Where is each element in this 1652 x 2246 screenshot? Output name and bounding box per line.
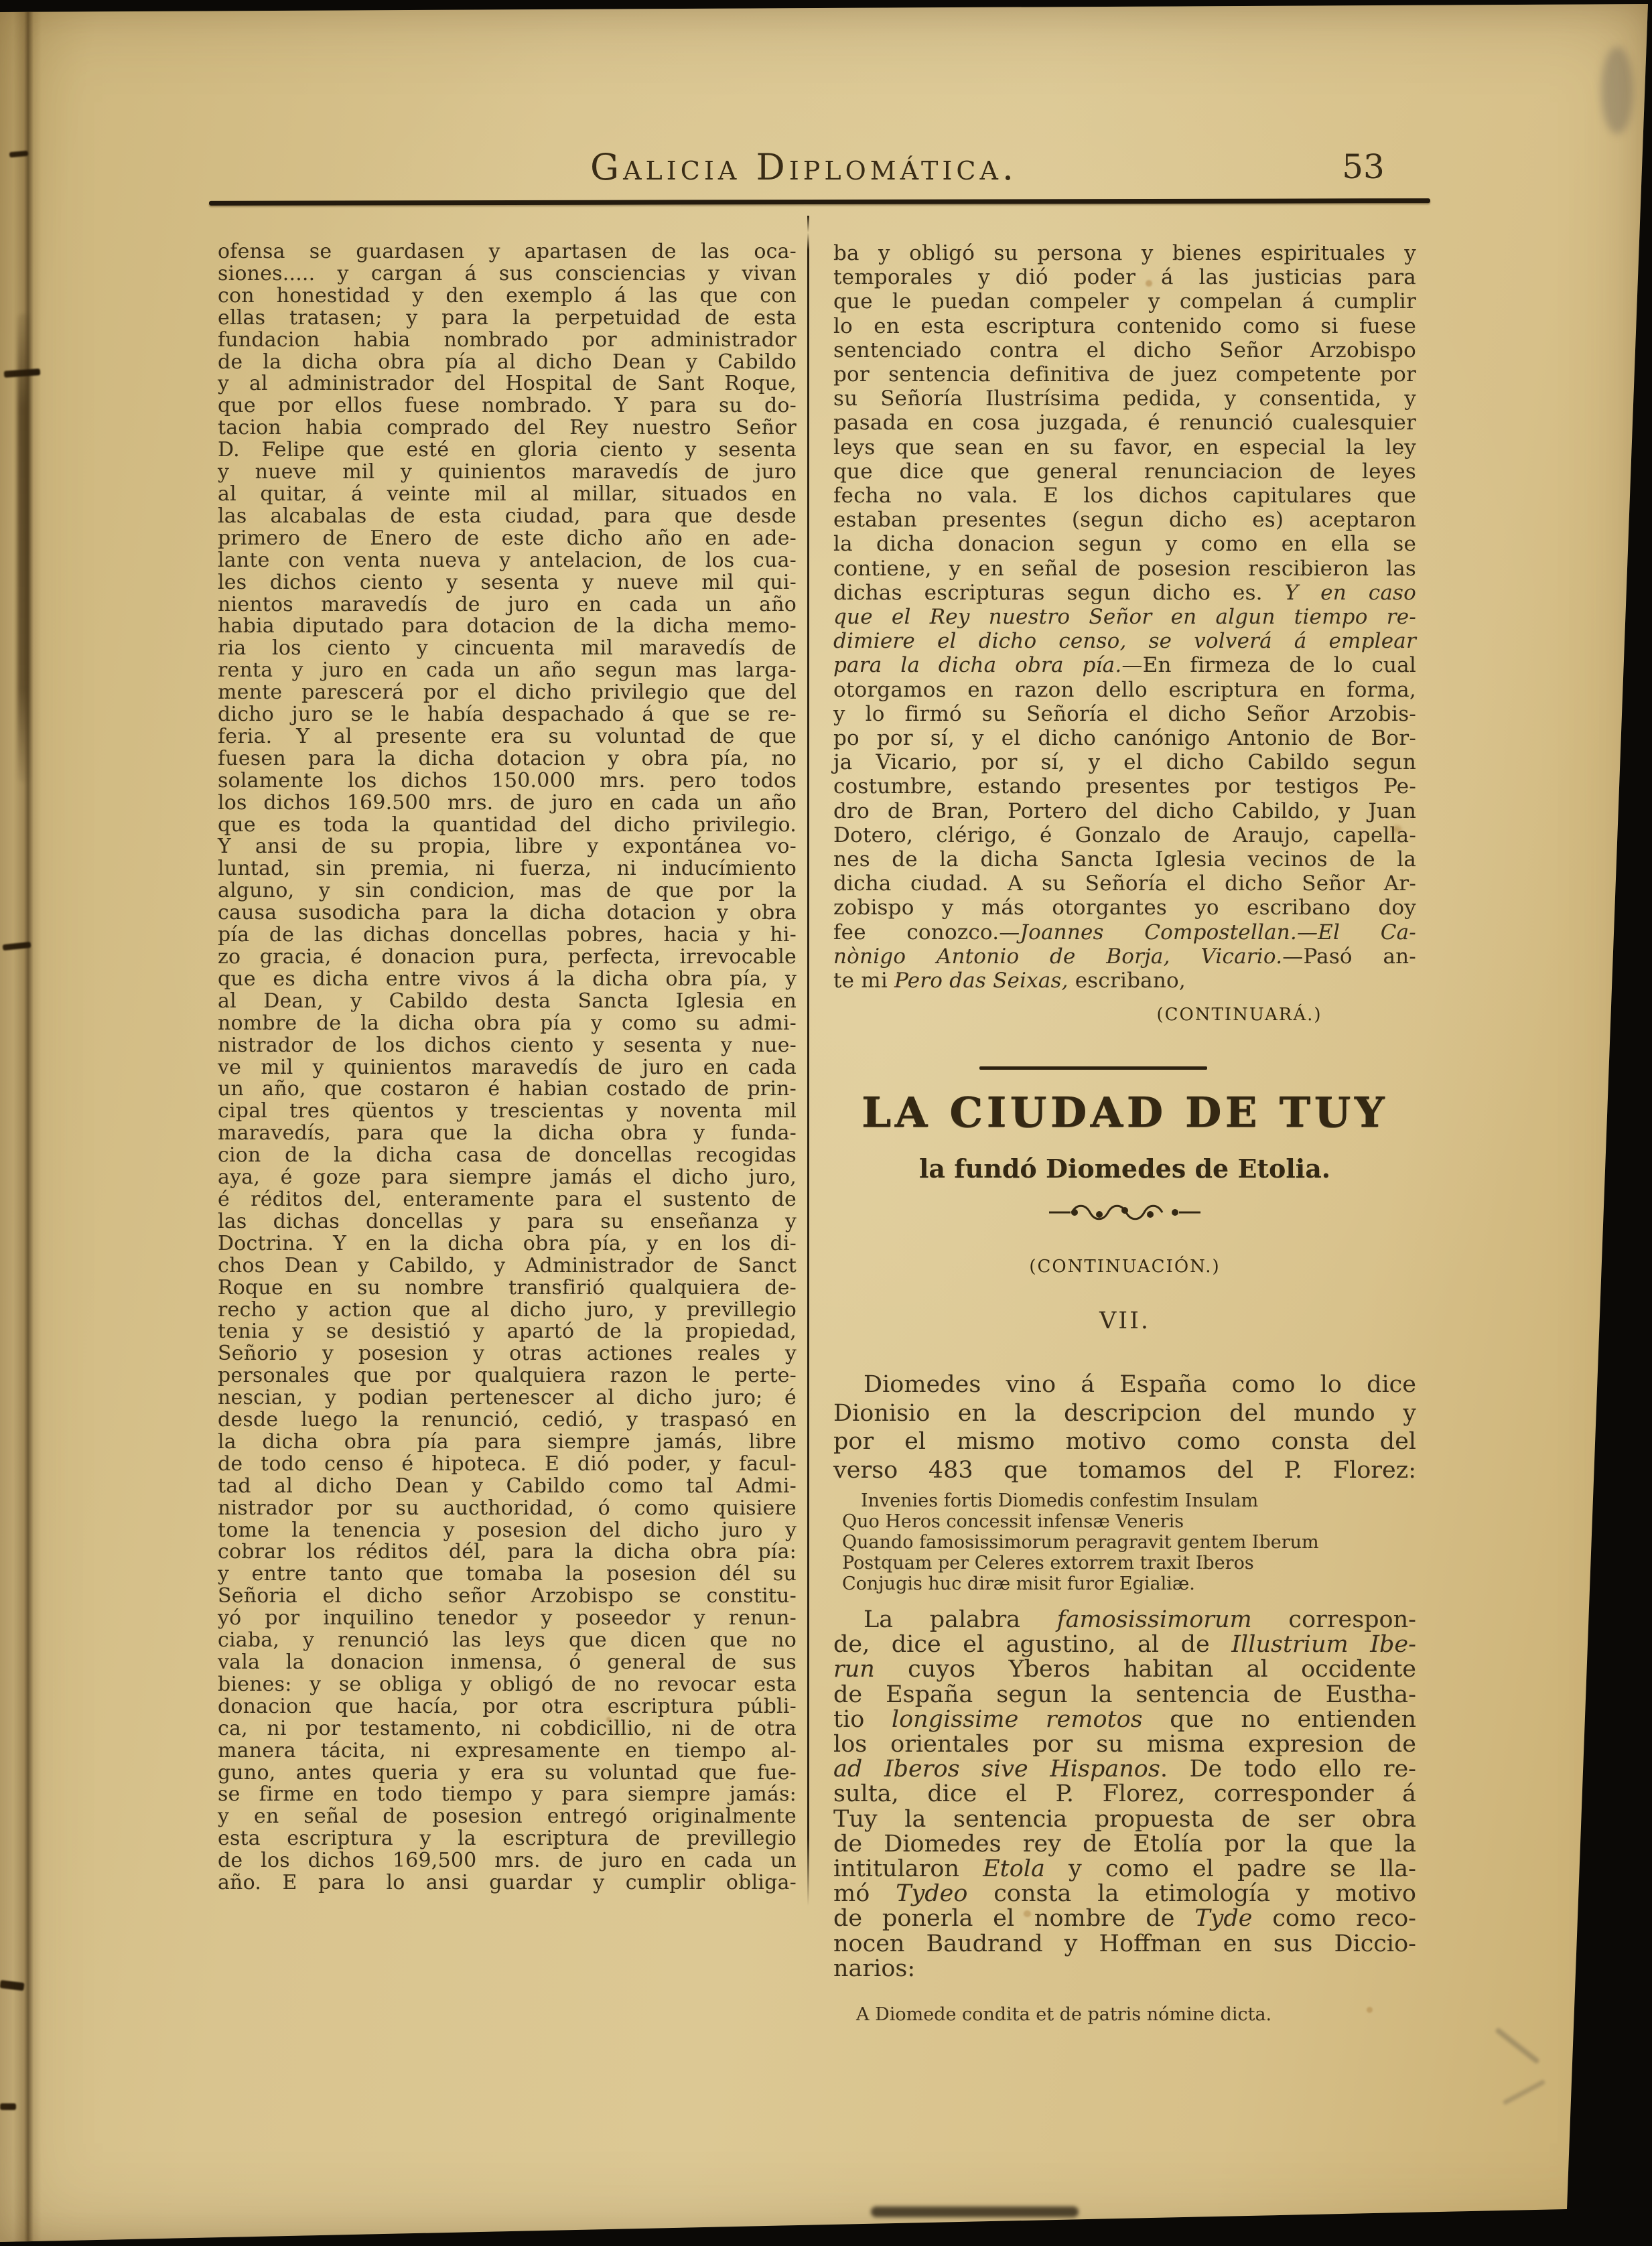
left-column: ofensa se guardasen y apartasen de las o…	[218, 241, 797, 1894]
text-line: dicho juro se le había despachado á que …	[218, 704, 797, 726]
text-line: las alcabalas de esta ciudad, para que d…	[218, 506, 797, 528]
text-line: dicha ciudad. A su Señoría el dicho Seño…	[833, 871, 1416, 896]
continuara-label: (CONTINUARÁ.)	[1139, 1005, 1340, 1025]
text-line: ria los ciento y cincuenta mil maravedís…	[218, 638, 797, 660]
text-line: intitularon Etola y como el padre se lla…	[833, 1857, 1416, 1882]
text-line: que es toda la quantidad del dicho privi…	[218, 815, 797, 837]
text-line: tenia y se desistió y apartó de la propi…	[218, 1321, 797, 1343]
text-line: ofensa se guardasen y apartasen de las o…	[218, 241, 797, 263]
ornament-divider	[833, 1203, 1416, 1224]
text-line: los orientales por su misma expresion de	[833, 1732, 1416, 1757]
text-line: cobrar los réditos dél, para la dicha ob…	[218, 1541, 797, 1563]
text-line: po por sí, y el dicho canónigo Antonio d…	[833, 726, 1416, 750]
text-line: verso 483 que tomamos del P. Florez:	[833, 1456, 1416, 1485]
text-line: pasada en cosa juzgada, é renunció cuale…	[833, 411, 1416, 435]
text-line: é réditos del, enteramente para el suste…	[218, 1189, 797, 1211]
text-line: por sentencia definitiva de juez compete…	[833, 362, 1416, 387]
text-line: causa susodicha para la dicha dotacion y…	[218, 902, 797, 924]
text-line: un año, que costaron é habian costado de…	[218, 1078, 797, 1101]
text-line: personales que por qualquiera razon le p…	[218, 1365, 797, 1387]
text-line: ca, ni por testamento, ni cobdicillio, n…	[218, 1718, 797, 1740]
text-line: nientos maravedís de juro en cada un año	[218, 594, 797, 616]
text-line: de, dice el agustino, al de Illustrium I…	[833, 1632, 1416, 1657]
text-line: que el Rey nuestro Señor en algun tiempo…	[833, 605, 1416, 629]
text-line: manera tácita, ni expresamente en tiempo…	[218, 1740, 797, 1762]
article2-paragraph-1: Diomedes vino á España como lo diceDioni…	[833, 1371, 1416, 1484]
text-line: su Señoría Ilustrísima pedida, y consent…	[833, 387, 1416, 411]
text-line: zobispo y más otorgantes yo escribano do…	[833, 896, 1416, 920]
text-line: feria. Y al presente era su voluntad de …	[218, 726, 797, 748]
text-line: fuesen para la dicha dotacion y obra pía…	[218, 748, 797, 770]
text-line: que dice que general renunciacion de ley…	[833, 460, 1416, 484]
text-line: Quo Heros concessit infensæ Veneris	[842, 1511, 1418, 1532]
text-line: ba y obligó su persona y bienes espiritu…	[833, 241, 1416, 265]
text-line: de España segun la sentencia de Eustha-	[833, 1683, 1416, 1707]
text-line: sentenciado contra el dicho Señor Arzobi…	[833, 338, 1416, 362]
article-subtitle: la fundó Diomedes de Etolia.	[833, 1153, 1416, 1184]
text-line: Dotero, clérigo, é Gonzalo de Araujo, ca…	[833, 823, 1416, 847]
text-line: esta escriptura y la escriptura de previ…	[218, 1828, 797, 1850]
text-line: Postquam per Celeres extorrem traxit Ibe…	[842, 1553, 1418, 1573]
text-line: zo gracia, é donacion pura, perfecta, ir…	[218, 946, 797, 969]
text-line: nistrador de los dichos ciento y sesenta…	[218, 1035, 797, 1057]
text-line: nocen Baudrand y Hoffman en sus Diccio-	[833, 1932, 1416, 1957]
binding-stitch-mark	[3, 942, 31, 951]
text-line: narios:	[833, 1957, 1416, 1981]
text-line: ad Iberos sive Hispanos. De todo ello re…	[833, 1757, 1416, 1782]
text-line: fee conozco.—Joannes Compostellan.—El Ca…	[833, 920, 1416, 944]
smudge	[1601, 47, 1633, 134]
binding-stitch-mark	[0, 2103, 16, 2110]
text-line: vala la donacion inmensa, ó general de s…	[218, 1652, 797, 1674]
text-line: cion de la dicha casa de doncellas recog…	[218, 1145, 797, 1167]
text-line: y entre tanto que tomaba la posesion dél…	[218, 1563, 797, 1586]
text-line: bienes: y se obliga y obligó de no revoc…	[218, 1674, 797, 1696]
text-line: y nueve mil y quinientos maravedís de ju…	[218, 462, 797, 484]
text-line: pía de las dichas doncellas pobres, haci…	[218, 924, 797, 946]
text-line: nònigo Antonio de Borja, Vicario.—Pasó a…	[833, 944, 1416, 969]
binding-stitch-mark	[9, 151, 29, 157]
text-line: Dionisio en la descripcion del mundo y	[833, 1399, 1416, 1428]
header-rule	[209, 198, 1430, 206]
text-line: dro de Bran, Portero del dicho Cabildo, …	[833, 799, 1416, 823]
text-line: renta y juro en cada un año segun mas la…	[218, 660, 797, 682]
text-line: tio longissime remotos que no entienden	[833, 1707, 1416, 1732]
text-line: mente parescerá por el dicho privilegio …	[218, 682, 797, 704]
text-line: de todo censo é hipoteca. E dió poder, y…	[218, 1454, 797, 1476]
text-line: nombre de la dicha obra pía y como su ad…	[218, 1013, 797, 1035]
text-line: lante con venta nueva y antelacion, de l…	[218, 550, 797, 572]
text-line: ve mil y quinientos maravedís de juro en…	[218, 1057, 797, 1079]
text-line: la dicha obra pía para siempre jamás, li…	[218, 1431, 797, 1454]
text-line: Doctrina. Y en la dicha obra pía, y en l…	[218, 1233, 797, 1255]
text-line: de Diomedes rey de Etolía por la que la	[833, 1832, 1416, 1857]
text-line: nes de la dicha Sancta Iglesia vecinos d…	[833, 847, 1416, 871]
text-line: yó por inquilino tenedor y poseedor y re…	[218, 1608, 797, 1630]
text-line: al quitar, á veinte mil al millar, situa…	[218, 484, 797, 506]
smudge	[1604, 1909, 1641, 2063]
text-line: recho y action que al dicho juro, y prev…	[218, 1300, 797, 1322]
text-line: Diomedes vino á España como lo dice	[833, 1371, 1416, 1399]
text-line: solamente los dichos 150.000 mrs. pero t…	[218, 770, 797, 792]
text-line: Conjugis huc diræ misit furor Egialiæ.	[842, 1573, 1418, 1594]
scanned-page-photo: Galicia Diplomática. 53 ofensa se guarda…	[0, 0, 1652, 2246]
vine-ornament-icon	[1048, 1203, 1202, 1222]
text-line: que es dicha entre vivos á la dicha obra…	[218, 969, 797, 991]
text-line: nistrador por su aucthoridad, ó como qui…	[218, 1498, 797, 1520]
text-line: Y ansi de su propia, libre y expontánea …	[218, 836, 797, 858]
text-line: Señoria el dicho señor Arzobispo se cons…	[218, 1586, 797, 1608]
edge-smear	[871, 2206, 1079, 2217]
text-line: se firme en todo tiempo y para siempre j…	[218, 1784, 797, 1806]
text-line: te mi Pero das Seixas, escribano,	[833, 969, 1416, 993]
text-line: otorgamos en razon dello escriptura en f…	[833, 678, 1416, 702]
continuation-label: (CONTINUACIÓN.)	[833, 1257, 1416, 1277]
text-line: leys que sean en su favor, en especial l…	[833, 435, 1416, 460]
paper: Galicia Diplomática. 53 ofensa se guarda…	[0, 0, 1652, 2246]
text-line: contiene, y en señal de posesion rescibi…	[833, 557, 1416, 581]
text-line: de los dichos 169,500 mrs. de juro en ca…	[218, 1850, 797, 1872]
text-line: alguno, y sin condicion, mas de que por …	[218, 880, 797, 902]
text-line: tacion habia comprado del Rey nuestro Se…	[218, 417, 797, 439]
article2-paragraph-2: La palabra famosissimorum correspon-de, …	[833, 1608, 1416, 1981]
binding-stitch-mark	[0, 1980, 25, 1991]
text-line: Tuy la sentencia propuesta de ser obra	[833, 1807, 1416, 1832]
text-line: Señorio y posesion y otras actiones real…	[218, 1343, 797, 1365]
text-line: por el mismo motivo como consta del	[833, 1427, 1416, 1456]
text-line: nescian, y podian pertenescer al dicho j…	[218, 1387, 797, 1409]
text-line: luntad, sin premia, ni fuerza, ni inducí…	[218, 858, 797, 880]
text-line: año. E para lo ansi guardar y cumplir ob…	[218, 1872, 797, 1894]
text-line: lo en esta escriptura contenido como si …	[833, 314, 1416, 338]
text-line: La palabra famosissimorum correspon-	[833, 1608, 1416, 1632]
text-line: fecha no vala. E los dichos capitulares …	[833, 484, 1416, 508]
page-number: 53	[1323, 147, 1403, 186]
text-line: y lo firmó su Señoría el dicho Señor Arz…	[833, 702, 1416, 726]
text-line: tome la tenencia y posesion del dicho ju…	[218, 1520, 797, 1542]
article-title: LA CIUDAD DE TUY	[833, 1088, 1416, 1137]
text-line: de ponerla el nombre de Tyde como reco-	[833, 1906, 1416, 1931]
text-line: primero de Enero de este dicho año en ad…	[218, 528, 797, 550]
text-line: maravedís, para que la dicha obra y fund…	[218, 1123, 797, 1145]
journal-title: Galicia Diplomática.	[469, 146, 1139, 188]
text-line: que le puedan compeler y compelan á cump…	[833, 289, 1416, 313]
section-number: VII.	[833, 1308, 1416, 1334]
text-line: y al administrador del Hospital de Sant …	[218, 373, 797, 395]
pencil-scratch	[1502, 2079, 1545, 2105]
text-line: y en señal de posesion entregó originalm…	[218, 1806, 797, 1828]
text-line: aya, é goze para siempre jamás el dicho …	[218, 1167, 797, 1189]
text-line: Roque en su nombre transfirió qualquiera…	[218, 1277, 797, 1300]
text-line: las dichas doncellas y para su enseñanza…	[218, 1211, 797, 1233]
footnote-line: A Diomede condita et de patris nómine di…	[856, 2004, 1399, 2025]
text-line: guno, antes queria y era su voluntad que…	[218, 1762, 797, 1784]
text-line: les dichos ciento y sesenta y nueve mil …	[218, 572, 797, 594]
text-line: tad al dicho Dean y Cabildo como tal Adm…	[218, 1476, 797, 1498]
text-line: con honestidad y den exemplo á las que c…	[218, 285, 797, 307]
text-line: ellas tratasen; y para la perpetuidad de…	[218, 307, 797, 330]
column-divider	[807, 216, 809, 1906]
text-line: cipal tres qüentos y trescientas y noven…	[218, 1101, 797, 1123]
text-line: habia diputado para dotacion de la dicha…	[218, 616, 797, 638]
text-line: run cuyos Yberos habitan al occidente	[833, 1657, 1416, 1682]
text-line: de la dicha obra pía al dicho Dean y Cab…	[218, 352, 797, 374]
text-line: la dicha donacion segun y como en ella s…	[833, 532, 1416, 556]
text-line: costumbre, estando presentes por testigo…	[833, 774, 1416, 798]
text-line: sulta, dice el P. Florez, corresponder á	[833, 1782, 1416, 1807]
section-separator-rule	[979, 1066, 1207, 1070]
text-line: chos Dean y Cabildo, y Administrador de …	[218, 1255, 797, 1277]
binding-stitch-mark	[4, 368, 41, 378]
text-line: siones..... y cargan á sus consciencias …	[218, 263, 797, 285]
text-line: ja Vicario, por sí, y el dicho Cabildo s…	[833, 750, 1416, 774]
text-line: estaban presentes (segun dicho es) acept…	[833, 508, 1416, 532]
text-line: desde luego la renunció, cedió, y traspa…	[218, 1409, 797, 1431]
text-line: al Dean, y Cabildo desta Sancta Iglesia …	[218, 991, 797, 1013]
right-column-article-end: ba y obligó su persona y bienes espiritu…	[833, 241, 1416, 993]
text-line: Quando famosissimorum peragravit gentem …	[842, 1532, 1418, 1553]
pencil-scratch	[1495, 2027, 1540, 2064]
text-line: temporales y dió poder á las justicias p…	[833, 265, 1416, 289]
text-line: fundacion habia nombrado por administrad…	[218, 330, 797, 352]
text-line: dimiere el dicho censo, se volverá á emp…	[833, 629, 1416, 653]
text-line: Invenies fortis Diomedis confestim Insul…	[842, 1490, 1418, 1511]
text-line: que por ellos fuese nombrado. Y para su …	[218, 395, 797, 417]
text-line: ciaba, y renunció las leys que dicen que…	[218, 1630, 797, 1652]
gutter-crease-shadow	[17, 313, 29, 782]
text-line: para la dicha obra pía.—En firmeza de lo…	[833, 653, 1416, 677]
text-line: donacion que hacía, por otra escriptura …	[218, 1696, 797, 1718]
text-line: dichas escripturas segun dicho es. Y en …	[833, 581, 1416, 605]
text-line: D. Felipe que esté en gloria ciento y se…	[218, 439, 797, 462]
latin-verse-block: Invenies fortis Diomedis confestim Insul…	[842, 1490, 1418, 1594]
text-line: los dichos 169.500 mrs. de juro en cada …	[218, 792, 797, 815]
text-line: mó Tydeo consta la etimología y motivo	[833, 1882, 1416, 1906]
